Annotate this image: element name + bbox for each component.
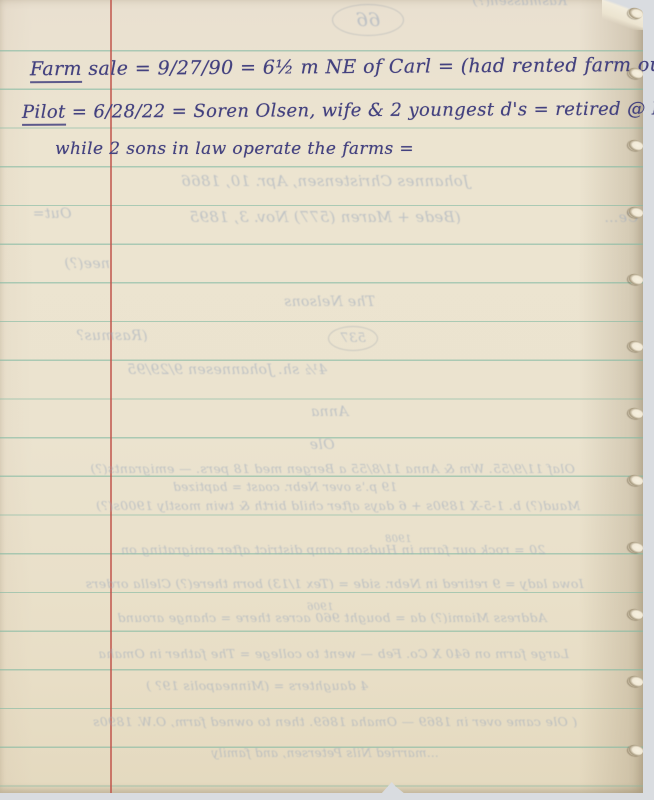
handwriting-line-2: Pilot = 6/28/22 = Soren Olsen, wife & 2 … — [22, 98, 654, 123]
bleed-through-text: 4½ sh. Johannesen 9/29/95 — [52, 362, 402, 378]
handwriting-underlined-word: Farm — [30, 58, 82, 83]
handwriting-text: sale = 9/27/90 = 6½ m NE of Carl = (had … — [82, 54, 654, 80]
bleed-through-text: Johannes Christensen, Apr. 10, 1866 — [165, 172, 485, 190]
bleed-through-text: Rasmussen(?) — [462, 0, 577, 9]
bleed-through-text: 20 = rock our farm in Hudson camp distri… — [38, 542, 628, 557]
bleed-through-text: Iowa lady = 9 retired in Nebr. side = (T… — [22, 576, 643, 591]
bleed-through-text: 537 — [328, 326, 378, 351]
bleed-through-text: 19 p.'s over Nebr. coast = baptized — [115, 480, 455, 494]
bleed-through-text: 66 — [332, 4, 404, 36]
bleed-through-text: (Rasmus? — [52, 328, 172, 344]
bleed-through-text: Olaf 11/9/55. Wm & Anna 11/8/55 a Bergen… — [40, 461, 625, 476]
bleed-through-text: 4 daughters = (Minneapolis 19? ) — [92, 678, 422, 693]
bleed-through-text: ( Ole came over in 1869 — Omaha 1869. th… — [40, 714, 630, 729]
handwriting-text: while 2 sons in law operate the farms = — [55, 139, 414, 159]
bleed-through-text: Maud(?) b. 1-5-X 1890s + 6 days after ch… — [28, 498, 643, 513]
bleed-through-text: (Bede + Maren (577) Nov. 3, 1895 — [160, 208, 490, 226]
bleed-through-text: nee(?) — [42, 256, 132, 272]
bleed-through-text: Anna — [292, 404, 367, 420]
scanned-notebook-page: 66Rasmussen(?)Johannes Christensen, Apr.… — [0, 0, 654, 800]
handwriting-underlined-word: Pilot — [22, 102, 66, 126]
paper-sheet: 66Rasmussen(?)Johannes Christensen, Apr.… — [0, 0, 643, 793]
bleed-through-text: Ole — [292, 437, 352, 453]
handwriting-line-1: Farm sale = 9/27/90 = 6½ m NE of Carl = … — [30, 54, 654, 81]
bleed-through-text: Out= — [24, 206, 80, 222]
bleed-through-text: …married Nils Petersen, and family — [180, 746, 470, 760]
bleed-through-text: Large farm on 640 X Co. Feb — went to co… — [26, 646, 641, 661]
handwriting-line-3: while 2 sons in law operate the farms = — [55, 139, 414, 159]
bleed-through-text: The Nelsons — [262, 294, 397, 310]
bleed-through-text: Address Miami(?) da = bought 960 acres t… — [52, 610, 612, 625]
handwriting-text: = 6/28/22 = Soren Olsen, wife & 2 younge… — [66, 98, 654, 122]
